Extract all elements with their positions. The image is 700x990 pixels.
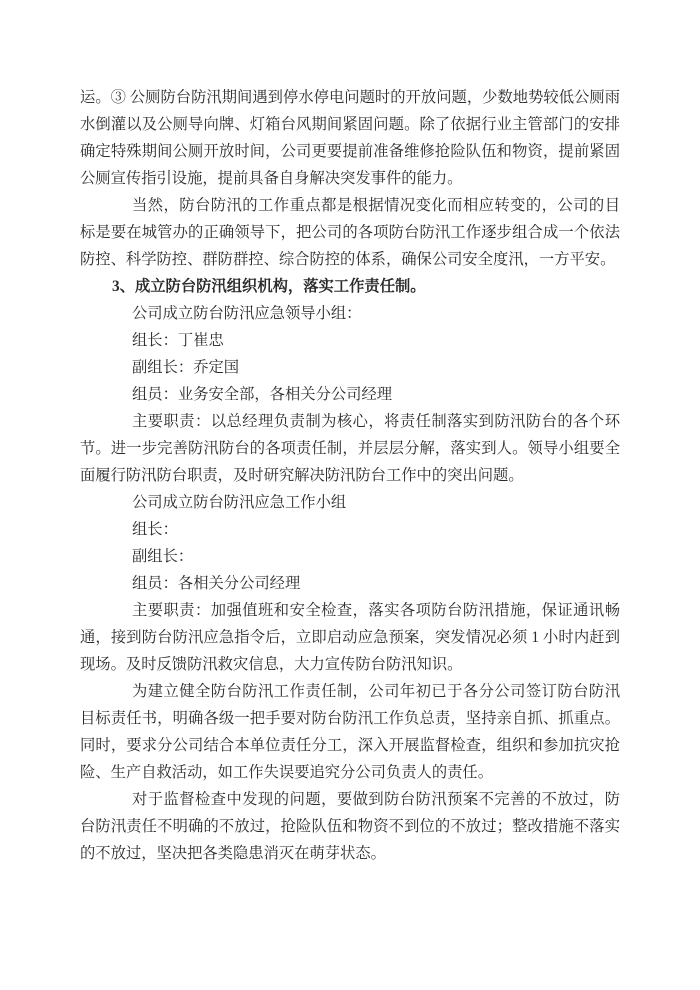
document-body: 运。③ 公厕防台防汛期间遇到停水停电问题时的开放问题，少数地势较低公厕雨水倒灌以… xyxy=(80,84,620,867)
body-paragraph: 主要职责：加强值班和安全检查，落实各项防台防汛措施，保证通讯畅通，接到防台防汛应… xyxy=(80,597,620,678)
body-paragraph: 运。③ 公厕防台防汛期间遇到停水停电问题时的开放问题，少数地势较低公厕雨水倒灌以… xyxy=(80,84,620,192)
body-paragraph: 公司成立防台防汛应急工作小组 xyxy=(80,489,620,516)
body-paragraph: 公司成立防台防汛应急领导小组： xyxy=(80,300,620,327)
body-paragraph: 主要职责：以总经理负责制为核心，将责任制落实到防汛防台的各个环节。进一步完善防汛… xyxy=(80,408,620,489)
document-page: 运。③ 公厕防台防汛期间遇到停水停电问题时的开放问题，少数地势较低公厕雨水倒灌以… xyxy=(0,0,700,990)
body-paragraph: 组长：丁崔忠 xyxy=(80,327,620,354)
body-paragraph: 为建立健全防台防汛工作责任制，公司年初已于各分公司签订防台防汛目标责任书，明确各… xyxy=(80,678,620,786)
body-paragraph: 对于监督检查中发现的问题，要做到防台防汛预案不完善的不放过，防台防汛责任不明确的… xyxy=(80,786,620,867)
body-paragraph: 副组长： xyxy=(80,543,620,570)
body-paragraph: 副组长：乔定国 xyxy=(80,354,620,381)
body-paragraph: 组长： xyxy=(80,516,620,543)
body-paragraph: 组员：业务安全部，各相关分公司经理 xyxy=(80,381,620,408)
body-paragraph: 当然，防台防汛的工作重点都是根据情况变化而相应转变的，公司的目标是要在城管办的正… xyxy=(80,192,620,273)
section-heading: 3、成立防台防汛组织机构，落实工作责任制。 xyxy=(80,273,620,300)
body-paragraph: 组员：各相关分公司经理 xyxy=(80,570,620,597)
